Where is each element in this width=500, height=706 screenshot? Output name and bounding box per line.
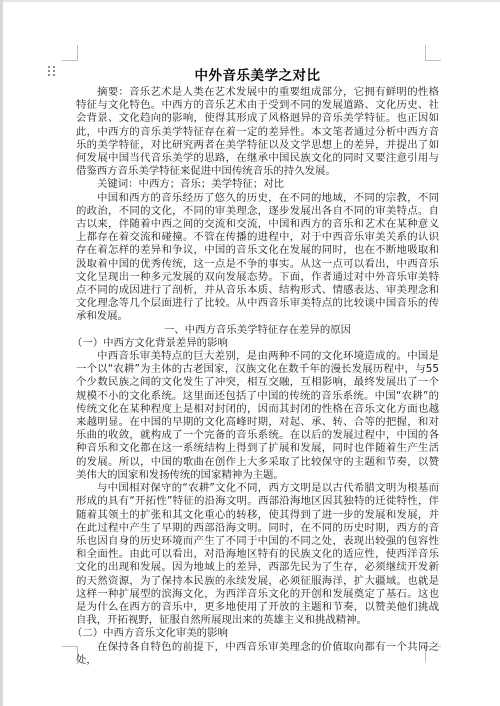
body-paragraph: 在保持各自特色的前提下，中西音乐审美理念的价值取向都有一个共同之处， — [76, 641, 439, 667]
section-heading-1: 一、中西方音乐美学特征存在差异的原因 — [76, 324, 439, 337]
page-top-edge — [0, 0, 500, 2]
abstract-paragraph: 摘要：音乐艺术是人类在艺术发展中的重要组成部分，它拥有鲜明的性格特征与文化特色。… — [76, 86, 439, 178]
keywords-line: 关键词：中西方；音乐；美学特征；对比 — [76, 178, 439, 191]
body-paragraph: 与中国相对保守的“农耕”文化不同，西方文明是以古代希腊文明为根基而形成的具有“开… — [76, 482, 439, 627]
body-paragraph: 中西音乐审美特点的巨大差别，是由两种不同的文化环境造成的。中国是一个以“农耕”为… — [76, 350, 439, 482]
crop-mark-top-left — [62, 45, 78, 61]
intro-paragraph: 中国和西方的音乐经历了悠久的历史，在不同的地域，不同的宗教，不同的政治，不同的文… — [76, 192, 439, 324]
subsection-heading-1: （一）中西方文化背景差异的影响 — [76, 337, 439, 350]
subsection-heading-2: （二）中西方音乐文化审美的影响 — [76, 627, 439, 640]
document-title: 中外音乐美学之对比 — [76, 66, 439, 86]
page-left-edge — [0, 0, 3, 706]
document-page[interactable]: 中外音乐美学之对比 摘要：音乐艺术是人类在艺术发展中的重要组成部分，它拥有鲜明的… — [76, 66, 439, 667]
drag-handle-icon[interactable] — [48, 66, 56, 76]
crop-mark-top-right — [425, 45, 441, 61]
